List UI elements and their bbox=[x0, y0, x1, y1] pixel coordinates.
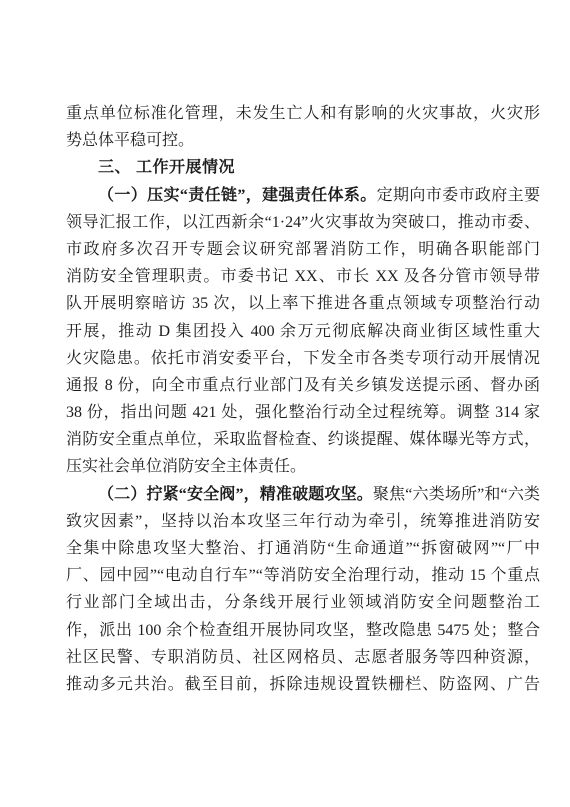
text-line: 压实社会单位消防安全主体责任。 bbox=[66, 453, 540, 480]
text-line: 消防安全重点单位，采取监督检查、约谈提醒、媒体曝光等方式， bbox=[66, 426, 540, 453]
text-line: 开展，推动 D 集团投入 400 余万元彻底解决商业街区域性重大 bbox=[66, 318, 540, 345]
text-line: 市政府多次召开专题会议研究部署消防工作，明确各职能部门 bbox=[66, 236, 540, 263]
text-line: 行业部门全域出击，分条线开展行业领域消防安全问题整治工 bbox=[66, 589, 540, 616]
text-line: 领导汇报工作，以江西新余“1·24”火灾事故为突破口，推动市委、 bbox=[66, 209, 540, 236]
text-line: 势总体平稳可控。 bbox=[66, 127, 540, 154]
text-line: 厂、园中园”“电动自行车”“等消防安全治理行动，推动 15 个重点 bbox=[66, 562, 540, 589]
text-line: 重点单位标准化管理，未发生亡人和有影响的火灾事故，火灾形 bbox=[66, 100, 540, 127]
section-heading: 三、 工作开展情况 bbox=[66, 154, 540, 181]
paragraph-text: 聚焦“六类场所”和“六类 bbox=[373, 486, 540, 503]
document-page: 重点单位标准化管理，未发生亡人和有影响的火灾事故，火灾形势总体平稳可控。三、 工… bbox=[0, 0, 570, 807]
document-body: 重点单位标准化管理，未发生亡人和有影响的火灾事故，火灾形势总体平稳可控。三、 工… bbox=[66, 100, 540, 698]
text-line: 全集中除患攻坚大整治、打通消防“生命通道”“拆窗破网”“厂中 bbox=[66, 535, 540, 562]
text-line: 通报 8 份，向全市重点行业部门及有关乡镇发送提示函、督办函 bbox=[66, 372, 540, 399]
text-line: 社区民警、专职消防员、社区网格员、志愿者服务等四种资源， bbox=[66, 644, 540, 671]
text-line: （二）拧紧“安全阀”，精准破题攻坚。聚焦“六类场所”和“六类 bbox=[66, 481, 540, 508]
paragraph-lead: （一）压实“责任链”，建强责任体系。 bbox=[98, 187, 377, 204]
paragraph-lead: （二）拧紧“安全阀”，精准破题攻坚。 bbox=[98, 486, 373, 503]
text-line: 队开展明察暗访 35 次，以上率下推进各重点领域专项整治行动 bbox=[66, 290, 540, 317]
paragraph-text: 定期向市委市政府主要 bbox=[377, 187, 540, 204]
text-line: 38 份，指出问题 421 处，强化整治行动全过程统筹。调整 314 家 bbox=[66, 399, 540, 426]
text-line: （一）压实“责任链”，建强责任体系。定期向市委市政府主要 bbox=[66, 182, 540, 209]
text-line: 消防安全管理职责。市委书记 XX、市长 XX 及各分管市领导带 bbox=[66, 263, 540, 290]
text-line: 致灾因素”，坚持以治本攻坚三年行动为牵引，统筹推进消防安 bbox=[66, 508, 540, 535]
text-line: 作，派出 100 余个检查组开展协同攻坚，整改隐患 5475 处；整合 bbox=[66, 617, 540, 644]
text-line: 推动多元共治。截至目前，拆除违规设置铁栅栏、防盗网、广告 bbox=[66, 671, 540, 698]
text-line: 火灾隐患。依托市消安委平台，下发全市各类专项行动开展情况 bbox=[66, 345, 540, 372]
